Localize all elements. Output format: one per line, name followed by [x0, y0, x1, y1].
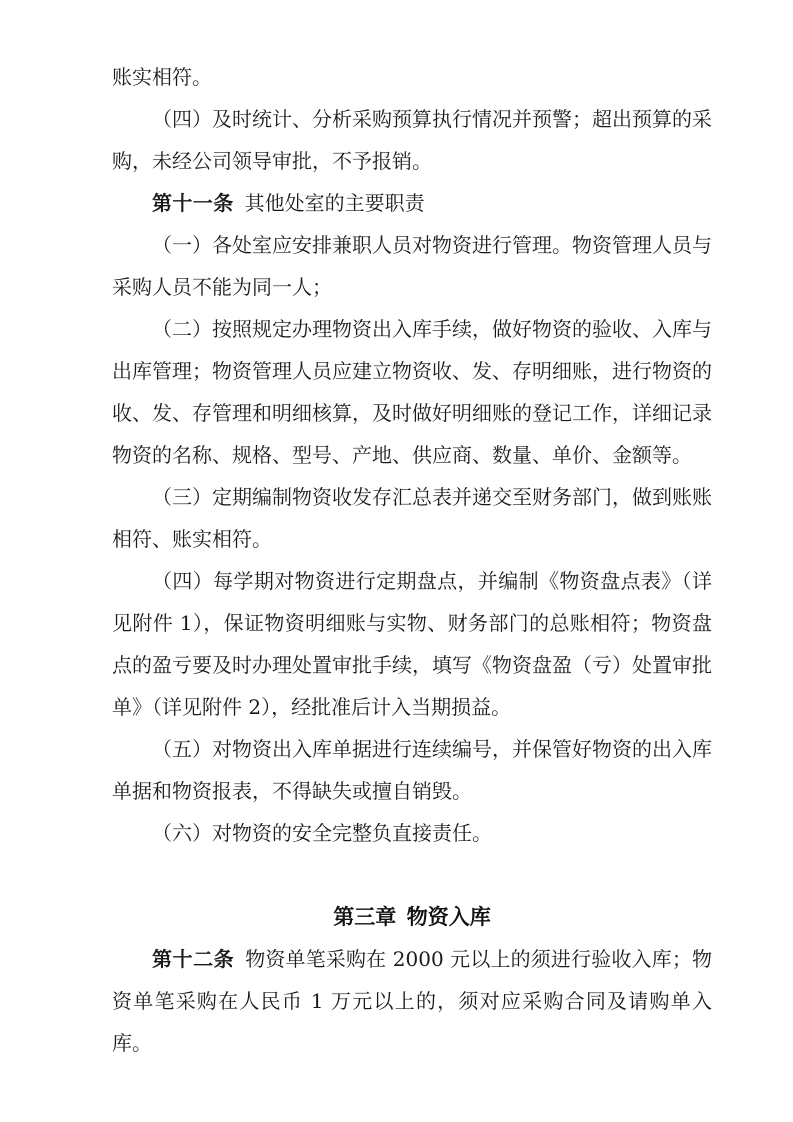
chapter-number: 第三章: [333, 905, 396, 929]
article-12-number: 第十二条: [152, 947, 234, 971]
paragraph-item-1: （一）各处室应安排兼职人员对物资进行管理。物资管理人员与采购人员不能为同一人；: [112, 224, 712, 308]
paragraph-item-5: （五）对物资出入库单据进行连续编号，并保管好物资的出入库单据和物资报表，不得缺失…: [112, 728, 712, 812]
paragraph-item-4-inventory: （四）每学期对物资进行定期盘点，并编制《物资盘点表》（详见附件 1），保证物资明…: [112, 560, 712, 728]
paragraph-item-3: （三）定期编制物资收发存汇总表并递交至财务部门，做到账账相符、账实相符。: [112, 476, 712, 560]
paragraph-item-2: （二）按照规定办理物资出入库手续，做好物资的验收、入库与出库管理；物资管理人员应…: [112, 308, 712, 476]
document-page: 账实相符。 （四）及时统计、分析采购预算执行情况并预警；超出预算的采购，未经公司…: [0, 0, 793, 1122]
paragraph-item-6: （六）对物资的安全完整负直接责任。: [112, 812, 712, 854]
paragraph-continuation: 账实相符。: [112, 56, 712, 98]
chapter-title: 物资入库: [407, 905, 491, 929]
chapter-heading: 第三章物资入库: [112, 896, 712, 938]
paragraph-article-12: 第十二条物资单笔采购在 2000 元以上的须进行验收入库；物资单笔采购在人民币 …: [112, 938, 712, 1064]
paragraph-article-11: 第十一条其他处室的主要职责: [112, 182, 712, 224]
article-11-text: 其他处室的主要职责: [245, 191, 425, 215]
article-11-number: 第十一条: [152, 191, 234, 215]
paragraph-item-4-duties: （四）及时统计、分析采购预算执行情况并预警；超出预算的采购，未经公司领导审批，不…: [112, 98, 712, 182]
